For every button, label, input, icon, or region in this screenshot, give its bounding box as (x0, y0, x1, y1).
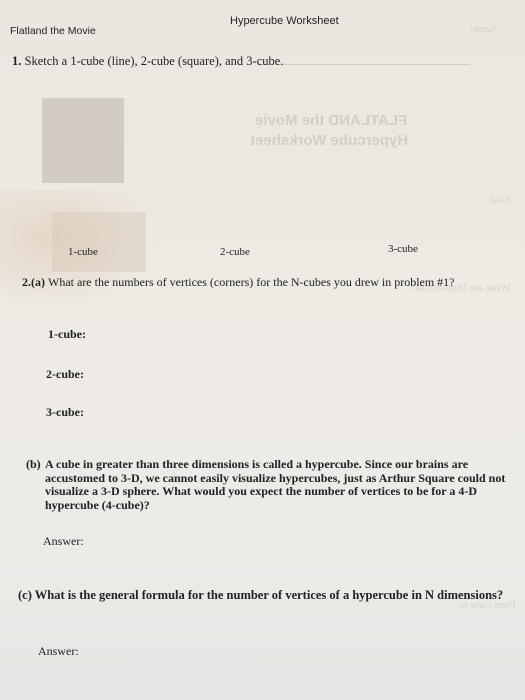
sketch-label-1-cube: 1-cube (68, 246, 98, 258)
show-through-title-1: FLATLAND the Movie (255, 112, 407, 129)
question-2b-tag: (b) (26, 458, 41, 472)
question-2b-prompt: A cube in greater than three dimensions … (45, 458, 506, 512)
question-1-number: 1. (12, 54, 21, 68)
show-through-title-2: Hypercube Worksheet (250, 132, 408, 149)
show-through-rule (260, 64, 470, 65)
image-placeholder-shadow (52, 212, 146, 272)
image-placeholder-box (42, 98, 124, 183)
question-2a: 2.(a) What are the numbers of vertices (… (22, 275, 455, 290)
question-1: 1. Sketch a 1-cube (line), 2-cube (squar… (12, 54, 283, 69)
question-2a-prompt: What are the numbers of vertices (corner… (48, 275, 455, 289)
question-2b-answer-label: Answer: (43, 534, 84, 549)
worksheet-page: FLATLAND the Movie Hypercube Worksheet G… (0, 0, 525, 700)
question-2b: (b) A cube in greater than three dimensi… (26, 458, 506, 512)
sketch-label-3-cube: 3-cube (388, 243, 418, 255)
question-2a-number: 2.(a) (22, 275, 45, 289)
sketch-label-2-cube: 2-cube (220, 246, 250, 258)
question-1-prompt: Sketch a 1-cube (line), 2-cube (square),… (25, 54, 284, 68)
vertices-row-2-cube: 2-cube: (46, 367, 84, 382)
worksheet-title: Hypercube Worksheet (230, 15, 339, 27)
question-2c-prompt: What is the general formula for the numb… (35, 588, 503, 602)
vertices-row-3-cube: 3-cube: (46, 405, 84, 420)
course-title: Flatland the Movie (10, 25, 96, 37)
vertices-row-1-cube: 1-cube: (48, 327, 86, 342)
question-2c-answer-label: Answer: (38, 644, 79, 659)
question-2c: (c) What is the general formula for the … (18, 588, 503, 603)
question-2c-tag: (c) (18, 588, 32, 602)
show-through-goal: Goal (490, 195, 509, 206)
show-through-name: Name: (470, 24, 497, 35)
